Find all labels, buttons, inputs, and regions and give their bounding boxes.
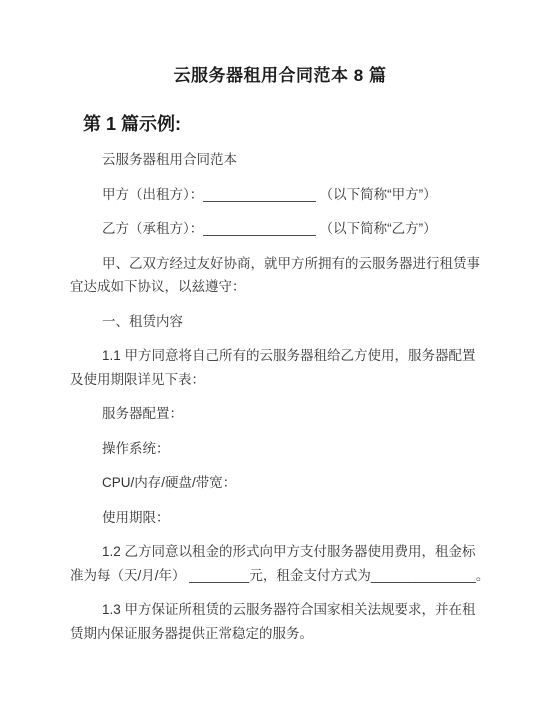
paragraph-line: 1.2 乙方同意以租金的形式向甲方支付服务器使用费用，租金标	[70, 540, 470, 564]
paragraph-os-label: 操作系统：	[70, 437, 470, 461]
paragraph-line: 服务器配置：	[70, 402, 470, 426]
paragraph-line: 赁期内保证服务器提供正常稳定的服务。	[70, 622, 470, 646]
paragraph-hardware-label: CPU/内存/硬盘/带宽：	[70, 471, 470, 495]
paragraph-line: 准为每（天/月/年） ________元，租金支付方式为____________…	[70, 564, 470, 588]
paragraph-clause-1-1: 1.1 甲方同意将自己所有的云服务器租给乙方使用，服务器配置 及使用期限详见下表…	[70, 344, 470, 391]
paragraph-subtitle: 云服务器租用合同范本	[70, 148, 470, 172]
paragraph-line: 及使用期限详见下表：	[70, 368, 470, 392]
paragraph-term-label: 使用期限：	[70, 506, 470, 530]
paragraph-clause-1-title: 一、租赁内容	[70, 310, 470, 334]
paragraph-clause-1-2: 1.2 乙方同意以租金的形式向甲方支付服务器使用费用，租金标 准为每（天/月/年…	[70, 540, 470, 587]
paragraph-line: CPU/内存/硬盘/带宽：	[70, 471, 470, 495]
paragraph-line: 宜达成如下协议，以兹遵守：	[70, 275, 470, 299]
paragraph-party-a: 甲方（出租方）：_______________ （以下简称“甲方”）	[70, 183, 470, 207]
paragraph-line: 操作系统：	[70, 437, 470, 461]
paragraph-line: 1.1 甲方同意将自己所有的云服务器租给乙方使用，服务器配置	[70, 344, 470, 368]
paragraph-party-b: 乙方（承租方）：_______________ （以下简称“乙方”）	[70, 217, 470, 241]
paragraph-line: 甲、乙双方经过友好协商，就甲方所拥有的云服务器进行租赁事	[70, 252, 470, 276]
paragraph-line: 使用期限：	[70, 506, 470, 530]
paragraph-line: 一、租赁内容	[70, 310, 470, 334]
paragraph-preamble: 甲、乙双方经过友好协商，就甲方所拥有的云服务器进行租赁事 宜达成如下协议，以兹遵…	[70, 252, 470, 299]
paragraph-line: 云服务器租用合同范本	[70, 148, 470, 172]
document-page: 云服务器租用合同范本 8 篇 第 1 篇示例: 云服务器租用合同范本 甲方（出租…	[0, 0, 560, 725]
section-heading: 第 1 篇示例:	[83, 111, 560, 137]
document-body: 云服务器租用合同范本 甲方（出租方）：_______________ （以下简称…	[70, 148, 470, 645]
paragraph-line: 1.3 甲方保证所租赁的云服务器符合国家相关法规要求，并在租	[70, 598, 470, 622]
paragraph-line: 甲方（出租方）：_______________ （以下简称“甲方”）	[70, 183, 470, 207]
paragraph-server-config-label: 服务器配置：	[70, 402, 470, 426]
document-title: 云服务器租用合同范本 8 篇	[0, 0, 560, 88]
paragraph-line: 乙方（承租方）：_______________ （以下简称“乙方”）	[70, 217, 470, 241]
paragraph-clause-1-3: 1.3 甲方保证所租赁的云服务器符合国家相关法规要求，并在租 赁期内保证服务器提…	[70, 598, 470, 645]
